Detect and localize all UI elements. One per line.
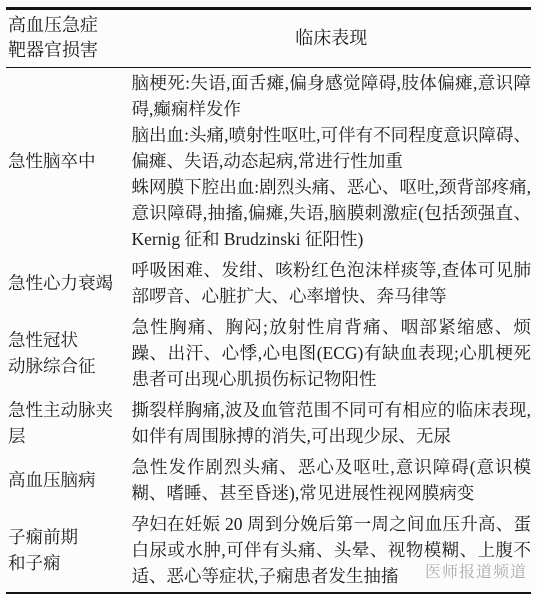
document-page: 高血压急症 靶器官损害 临床表现 急性脑卒中脑梗死:失语,面舌瘫,偏身感觉障碍,… — [0, 0, 537, 594]
header-organ-line2: 靶器官损害 — [8, 38, 132, 63]
organ-label: 急性主动脉夹层 — [6, 395, 132, 452]
organ-label-line: 动脉综合征 — [8, 353, 128, 379]
manifestation-paragraph: 脑梗死:失语,面舌瘫,偏身感觉障碍,肢体偏瘫,意识障碍,癫痫样发作 — [132, 70, 531, 122]
manifestation-cell: 急性胸痛、胸闷;放射性肩背痛、咽部紧缩感、烦躁、出汗、心悸,心电图(ECG)有缺… — [132, 312, 531, 395]
organ-label: 急性脑卒中 — [6, 68, 132, 256]
organ-label-line: 高血压脑病 — [8, 467, 128, 493]
organ-label-line: 和子痫 — [8, 550, 128, 576]
manifestation-paragraph: 撕裂样胸痛,波及血管范围不同可有相应的临床表现,如伴有周围脉搏的消失,可出现少尿… — [132, 397, 531, 449]
manifestation-paragraph: 脑出血:头痛,喷射性呕吐,可伴有不同程度意识障碍、偏瘫、失语,动态起病,常进行性… — [132, 122, 531, 174]
organ-label: 高血压脑病 — [6, 452, 132, 509]
manifestation-cell: 急性发作剧烈头痛、恶心及呕吐,意识障碍(意识模糊、嗜睡、甚至昏迷),常见进展性视… — [132, 452, 531, 509]
manifestation-paragraph: 急性发作剧烈头痛、恶心及呕吐,意识障碍(意识模糊、嗜睡、甚至昏迷),常见进展性视… — [132, 454, 531, 506]
table-body: 急性脑卒中脑梗死:失语,面舌瘫,偏身感觉障碍,肢体偏瘫,意识障碍,癫痫样发作脑出… — [6, 68, 531, 594]
organ-label: 急性冠状动脉综合征 — [6, 312, 132, 395]
manifestation-cell: 脑梗死:失语,面舌瘫,偏身感觉障碍,肢体偏瘫,意识障碍,癫痫样发作脑出血:头痛,… — [132, 68, 531, 256]
table-row: 急性脑卒中脑梗死:失语,面舌瘫,偏身感觉障碍,肢体偏瘫,意识障碍,癫痫样发作脑出… — [6, 68, 531, 256]
manifestation-cell: 呼吸困难、发绀、咳粉红色泡沫样痰等,查体可见肺部啰音、心脏扩大、心率增快、奔马律… — [132, 255, 531, 312]
table-row: 高血压脑病急性发作剧烈头痛、恶心及呕吐,意识障碍(意识模糊、嗜睡、甚至昏迷),常… — [6, 452, 531, 509]
manifestation-paragraph: 急性胸痛、胸闷;放射性肩背痛、咽部紧缩感、烦躁、出汗、心悸,心电图(ECG)有缺… — [132, 314, 531, 392]
header-organ-line1: 高血压急症 — [8, 13, 132, 38]
manifestation-paragraph: 孕妇在妊娠 20 周到分娩后第一周之间血压升高、蛋白尿或水肿,可伴有头痛、头晕、… — [132, 511, 531, 589]
manifestation-paragraph: 蛛网膜下腔出血:剧烈头痛、恶心、呕吐,颈背部疼痛,意识障碍,抽搐,偏瘫,失语,脑… — [132, 174, 531, 252]
header-row: 高血压急症 靶器官损害 临床表现 — [6, 9, 531, 68]
manifestation-cell: 孕妇在妊娠 20 周到分娩后第一周之间血压升高、蛋白尿或水肿,可伴有头痛、头晕、… — [132, 509, 531, 594]
organ-label: 急性心力衰竭 — [6, 255, 132, 312]
hypertensive-emergency-table: 高血压急症 靶器官损害 临床表现 急性脑卒中脑梗死:失语,面舌瘫,偏身感觉障碍,… — [6, 7, 531, 594]
table-row: 急性冠状动脉综合征急性胸痛、胸闷;放射性肩背痛、咽部紧缩感、烦躁、出汗、心悸,心… — [6, 312, 531, 395]
manifestation-cell: 撕裂样胸痛,波及血管范围不同可有相应的临床表现,如伴有周围脉搏的消失,可出现少尿… — [132, 395, 531, 452]
organ-label-line: 急性主动脉夹层 — [8, 397, 128, 449]
organ-label-line: 子痫前期 — [8, 524, 128, 550]
organ-label-line: 急性冠状 — [8, 327, 128, 353]
header-organ-damage: 高血压急症 靶器官损害 — [6, 9, 132, 68]
table-row: 子痫前期和子痫孕妇在妊娠 20 周到分娩后第一周之间血压升高、蛋白尿或水肿,可伴… — [6, 509, 531, 594]
organ-label-line: 急性脑卒中 — [8, 148, 128, 174]
header-clinical-manifestation: 临床表现 — [132, 9, 531, 68]
table-header: 高血压急症 靶器官损害 临床表现 — [6, 9, 531, 68]
manifestation-paragraph: 呼吸困难、发绀、咳粉红色泡沫样痰等,查体可见肺部啰音、心脏扩大、心率增快、奔马律… — [132, 257, 531, 309]
table-row: 急性心力衰竭呼吸困难、发绀、咳粉红色泡沫样痰等,查体可见肺部啰音、心脏扩大、心率… — [6, 255, 531, 312]
table-row: 急性主动脉夹层撕裂样胸痛,波及血管范围不同可有相应的临床表现,如伴有周围脉搏的消… — [6, 395, 531, 452]
organ-label: 子痫前期和子痫 — [6, 509, 132, 594]
organ-label-line: 急性心力衰竭 — [8, 270, 128, 296]
